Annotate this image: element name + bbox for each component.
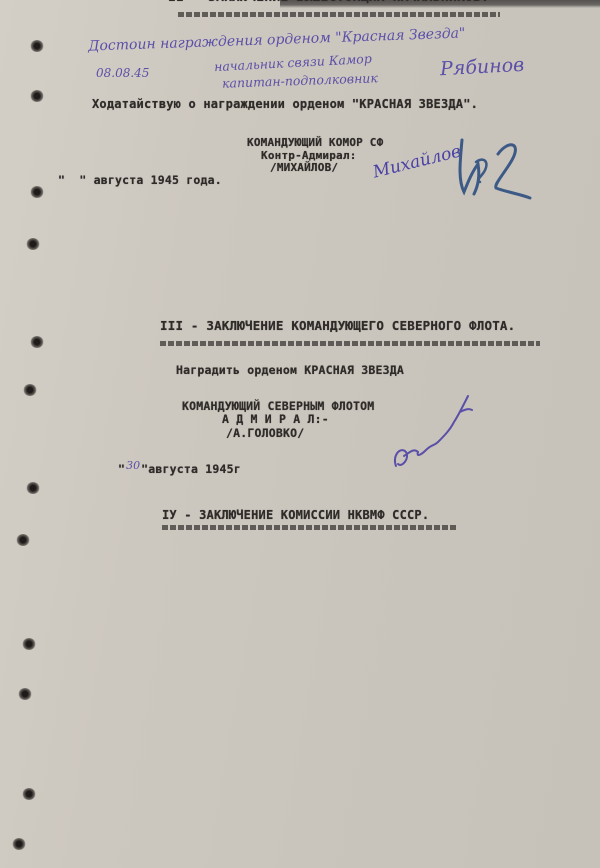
section-ii-header: II - ЗАКЛЮЧЕНИЕ ВЫШЕСТОЯЩИХ НАЧАЛЬНИКОВ. (168, 0, 489, 5)
commander-title: КОМАНДУЮЩИЙ КОМОР СФ (247, 136, 383, 149)
handwritten-signature-ryabinov: Рябинов (439, 54, 524, 80)
punch-hole (30, 90, 44, 102)
date-month-year: "августа 1945г (141, 462, 241, 476)
archival-document-page: II - ЗАКЛЮЧЕНИЕ ВЫШЕСТОЯЩИХ НАЧАЛЬНИКОВ.… (0, 0, 600, 868)
section-ii-underline (178, 12, 500, 17)
punch-hole (16, 534, 30, 546)
punch-hole (30, 40, 44, 52)
date-open-quote: " (118, 462, 125, 476)
section-iii-header: III - ЗАКЛЮЧЕНИЕ КОМАНДУЮЩЕГО СЕВЕРНОГО … (160, 318, 515, 333)
handwritten-date: 08.08.45 (96, 66, 149, 80)
punch-hole (18, 688, 32, 700)
punch-hole (12, 838, 26, 850)
punch-hole (22, 788, 36, 800)
commander-name: /МИХАЙЛОВ/ (270, 161, 338, 174)
punch-hole (26, 238, 40, 250)
date-line-2: "30"августа 1945г (118, 458, 241, 477)
punch-hole (23, 384, 37, 396)
date-line-1: " " августа 1945 года. (58, 173, 222, 187)
section-iii-underline (160, 341, 540, 346)
handwritten-day: 30 (126, 459, 140, 472)
section-iv-header: IУ - ЗАКЛЮЧЕНИЕ КОМИССИИ НКВМФ СССР. (162, 508, 429, 522)
punch-hole (30, 186, 44, 198)
fleet-commander-name: /А.ГОЛОВКО/ (226, 426, 304, 440)
handwritten-recommendation-line1: Достоин награждения орденом "Красная Зве… (88, 25, 466, 54)
petition-line: Ходатайствую о награждении орденом "КРАС… (92, 97, 478, 111)
signature-golovko (388, 386, 478, 476)
handwritten-rank: капитан-подполковник (222, 70, 378, 90)
punch-hole (30, 336, 44, 348)
section-iv-underline (162, 525, 458, 530)
fleet-commander-rank: А Д М И Р А Л:- (222, 412, 329, 426)
punch-hole (22, 638, 36, 650)
punch-hole (26, 482, 40, 494)
blue-ink-approval-mark (450, 132, 540, 202)
fleet-commander-title: КОМАНДУЮЩИЙ СЕВЕРНЫМ ФЛОТОМ (182, 399, 374, 413)
award-decision: Наградить орденом КРАСНАЯ ЗВЕЗДА (176, 363, 404, 377)
